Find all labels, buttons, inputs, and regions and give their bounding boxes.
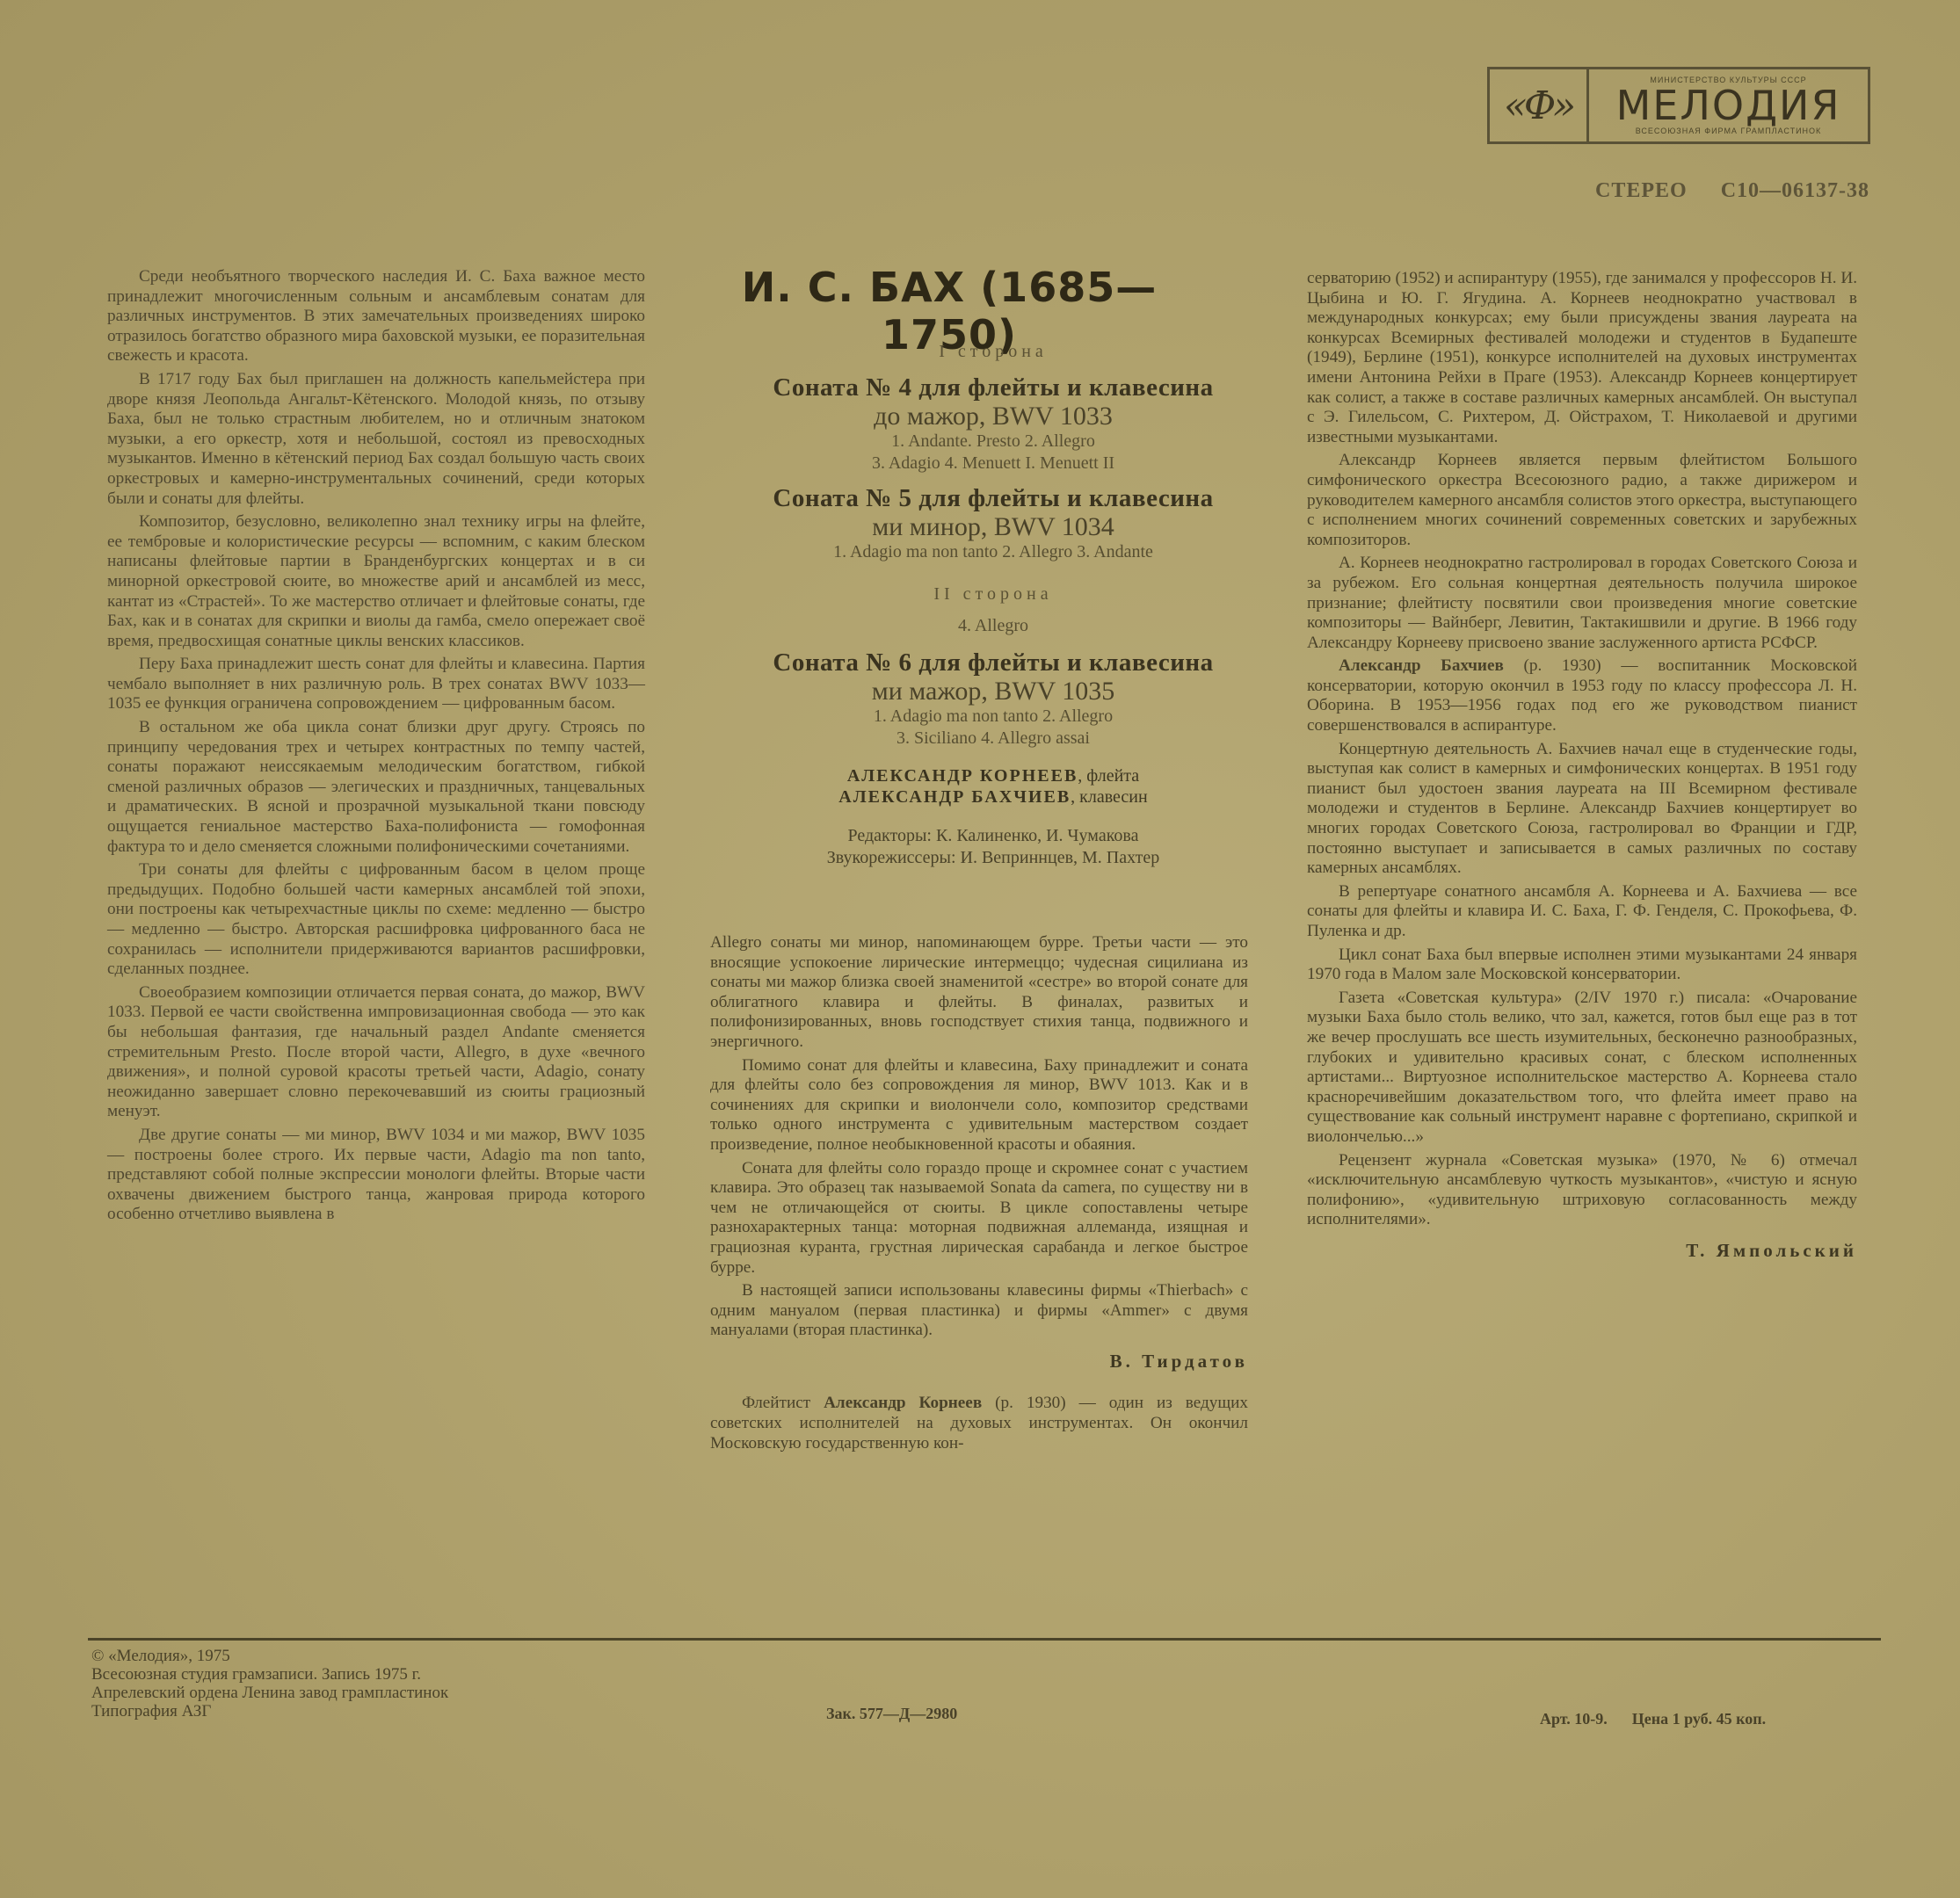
- liner-notes-middle-column: Allegro сонаты ми минор, напоминающем бу…: [710, 933, 1248, 1457]
- paragraph: Перу Баха принадлежит шесть сонат для фл…: [107, 655, 645, 714]
- performers: АЛЕКСАНДР КОРНЕЕВ, флейта АЛЕКСАНДР БАХЧ…: [694, 765, 1292, 808]
- performer: АЛЕКСАНДР КОРНЕЕВ, флейта: [694, 765, 1292, 786]
- liner-notes-left-column: Среди необъятного творческого наследия И…: [107, 267, 645, 1228]
- logo-company-text: Всесоюзная фирма грампластинок: [1636, 127, 1822, 135]
- performer-instrument: , флейта: [1078, 766, 1139, 786]
- price: Цена 1 руб. 45 коп.: [1632, 1710, 1766, 1728]
- paragraph: Газета «Советская культура» (2/IV 1970 г…: [1307, 989, 1857, 1148]
- plant-line: Апрелевский ордена Ленина завод грамплас…: [91, 1684, 448, 1702]
- sonata-movements: 1. Adagio ma non tanto 2. Allegro: [694, 706, 1292, 728]
- paragraph: Александр Корнеев является первым флейти…: [1307, 451, 1857, 550]
- bio-name: Александр Бахчиев: [1339, 656, 1504, 675]
- bio-name: Александр Корнеев: [824, 1394, 982, 1412]
- paragraph: В 1717 году Бах был приглашен на должнос…: [107, 370, 645, 509]
- sonata-title: Соната № 4 для флейты и клавесина: [694, 373, 1292, 402]
- paragraph: Своеобразием композиции отличается перва…: [107, 983, 645, 1122]
- copyright-line: © «Мелодия», 1975: [91, 1647, 448, 1665]
- performer-name: АЛЕКСАНДР КОРНЕЕВ: [847, 766, 1078, 786]
- editors-credit: Редакторы: К. Калиненко, И. Чумакова: [694, 825, 1292, 847]
- sonata-key: ми мажор, BWV 1035: [694, 677, 1292, 706]
- paragraph: Цикл сонат Баха был впервые исполнен эти…: [1307, 945, 1857, 985]
- side-2-continuation: 4. Allegro: [694, 615, 1292, 637]
- sonata-movements: 3. Adagio 4. Menuett I. Menuett II: [694, 453, 1292, 474]
- engineers-credit: Звукорежиссеры: И. Веприннцев, М. Пахтер: [694, 847, 1292, 869]
- paragraph: Композитор, безусловно, великолепно знал…: [107, 512, 645, 651]
- performer-name: АЛЕКСАНДР БАХЧИЕВ: [838, 787, 1071, 807]
- price-line: Арт. 10-9.Цена 1 руб. 45 коп.: [1540, 1710, 1766, 1728]
- catalog-number: С10—06137-38: [1721, 179, 1869, 202]
- paragraph: Соната для флейты соло гораздо проще и с…: [710, 1159, 1248, 1279]
- article-number: Арт. 10-9.: [1540, 1710, 1608, 1728]
- paragraph: Концертную деятельность А. Бахчиев начал…: [1307, 740, 1857, 879]
- sonata-key: до мажор, BWV 1033: [694, 402, 1292, 431]
- logo-brand-name: МЕЛОДИЯ: [1616, 84, 1841, 127]
- melodiya-emblem-icon: «Ф»: [1490, 69, 1589, 141]
- bakhchiev-bio-intro: Александр Бахчиев (р. 1930) — воспитанни…: [1307, 656, 1857, 735]
- paragraph: А. Корнеев неоднократно гастролировал в …: [1307, 554, 1857, 653]
- sonata-6: Соната № 6 для флейты и клавесина ми маж…: [694, 648, 1292, 750]
- sonata-title: Соната № 6 для флейты и клавесина: [694, 648, 1292, 677]
- performer: АЛЕКСАНДР БАХЧИЕВ, клавесин: [694, 786, 1292, 808]
- paragraph: Две другие сонаты — ми минор, BWV 1034 и…: [107, 1126, 645, 1225]
- paragraph: Allegro сонаты ми минор, напоминающем бу…: [710, 933, 1248, 1053]
- author-signature: В. Тирдатов: [710, 1351, 1248, 1372]
- liner-notes-right-column: серваторию (1952) и аспирантуру (1955), …: [1307, 269, 1857, 1284]
- stereo-label: СТЕРЕО: [1595, 179, 1688, 202]
- paragraph: Помимо сонат для флейты и клавесина, Бах…: [710, 1056, 1248, 1155]
- paragraph: Среди необъятного творческого наследия И…: [107, 267, 645, 366]
- catalog-line: СТЕРЕОС10—06137-38: [1595, 179, 1903, 203]
- sonata-title: Соната № 5 для флейты и клавесина: [694, 483, 1292, 513]
- logo-text-block: Министерство культуры СССР МЕЛОДИЯ Всесо…: [1589, 69, 1868, 141]
- sonata-movements: 3. Siciliano 4. Allegro assai: [694, 728, 1292, 750]
- studio-line: Всесоюзная студия грамзаписи. Запись 197…: [91, 1665, 448, 1684]
- paragraph: В репертуаре сонатного ансамбля А. Корне…: [1307, 882, 1857, 942]
- side-1-label: I сторона: [694, 342, 1292, 362]
- footer-divider: [88, 1638, 1881, 1641]
- author-signature: Т. Ямпольский: [1307, 1241, 1857, 1261]
- order-number: Зак. 577—Д—2980: [826, 1705, 957, 1723]
- paragraph: Три сонаты для флейты с цифрованным басо…: [107, 860, 645, 980]
- production-credits: Редакторы: К. Калиненко, И. Чумакова Зву…: [694, 825, 1292, 869]
- melodiya-logo: «Ф» Министерство культуры СССР МЕЛОДИЯ В…: [1487, 67, 1870, 144]
- side-2-label: II сторона: [694, 584, 1292, 605]
- printer-line: Типография АЗГ: [91, 1702, 448, 1721]
- paragraph: В остальном же оба цикла сонат близки др…: [107, 718, 645, 857]
- sonata-movements: 1. Adagio ma non tanto 2. Allegro 3. And…: [694, 541, 1292, 563]
- sonata-movements: 1. Andante. Presto 2. Allegro: [694, 431, 1292, 453]
- sonata-4: Соната № 4 для флейты и клавесина до маж…: [694, 373, 1292, 474]
- paragraph: серваторию (1952) и аспирантуру (1955), …: [1307, 269, 1857, 447]
- sonata-key: ми минор, BWV 1034: [694, 513, 1292, 541]
- performer-instrument: , клавесин: [1071, 787, 1148, 807]
- paragraph: Рецензент журнала «Советская музыка» (19…: [1307, 1151, 1857, 1230]
- korneev-bio-intro: Флейтист Александр Корнеев (р. 1930) — о…: [710, 1394, 1248, 1453]
- bio-lead: Флейтист: [742, 1394, 824, 1412]
- paragraph: В настоящей записи использованы клавесин…: [710, 1281, 1248, 1341]
- sonata-5: Соната № 5 для флейты и клавесина ми мин…: [694, 483, 1292, 563]
- footer-imprint: © «Мелодия», 1975 Всесоюзная студия грам…: [91, 1647, 448, 1721]
- program-listing: I сторона Соната № 4 для флейты и клавес…: [694, 338, 1292, 869]
